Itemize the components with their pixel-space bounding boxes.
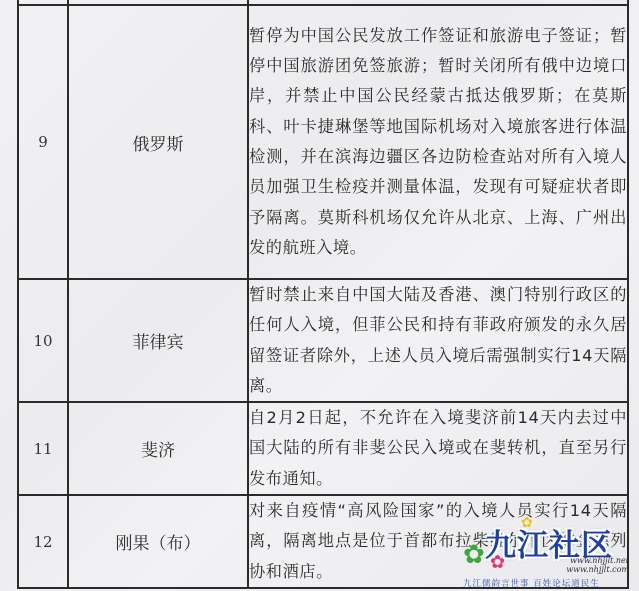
country-name: 刚果（布）: [68, 495, 248, 588]
measure-text: 暂时禁止来自中国大陆及香港、澳门特别行政区的任何人入境，但菲公民和持有菲政府颁发…: [249, 280, 627, 401]
country-name: 俄罗斯: [68, 5, 248, 279]
row-index: 9: [18, 5, 68, 279]
table-row: 12 刚果（布） 对来自疫情“高风险国家”的入境人员实行14天隔离，隔离地点是位…: [18, 495, 628, 588]
table-row: 10 菲律宾 暂时禁止来自中国大陆及香港、澳门特别行政区的任何人入境，但菲公民和…: [18, 279, 628, 402]
document-page: 9 俄罗斯 暂停为中国公民发放工作签证和旅游电子签证；暂停中国旅游团免签旅游；暂…: [0, 0, 639, 591]
row-index: 11: [18, 402, 68, 495]
row-index: 12: [18, 495, 68, 588]
table-row: 9 俄罗斯 暂停为中国公民发放工作签证和旅游电子签证；暂停中国旅游团免签旅游；暂…: [18, 5, 628, 279]
row-index: 10: [18, 279, 68, 402]
measure-text: 对来自疫情“高风险国家”的入境人员实行14天隔离，隔离地点是位于首都布拉柴维尔市…: [249, 496, 627, 587]
country-name: 菲律宾: [68, 279, 248, 402]
measure-cell: 暂停为中国公民发放工作签证和旅游电子签证；暂停中国旅游团免签旅游；暂时关闭所有俄…: [248, 5, 628, 279]
table-row: 11 斐济 自2月2日起，不允许在入境斐济前14天内去过中国大陆的所有非斐公民入…: [18, 402, 628, 495]
country-name: 斐济: [68, 402, 248, 495]
measure-cell: 对来自疫情“高风险国家”的入境人员实行14天隔离，隔离地点是位于首都布拉柴维尔市…: [248, 495, 628, 588]
measure-text: 自2月2日起，不允许在入境斐济前14天内去过中国大陆的所有非斐公民入境或在斐转机…: [249, 403, 627, 494]
measure-cell: 暂时禁止来自中国大陆及香港、澳门特别行政区的任何人入境，但菲公民和持有菲政府颁发…: [248, 279, 628, 402]
travel-restrictions-table: 9 俄罗斯 暂停为中国公民发放工作签证和旅游电子签证；暂停中国旅游团免签旅游；暂…: [17, 0, 629, 589]
measure-text: 暂停为中国公民发放工作签证和旅游电子签证；暂停中国旅游团免签旅游；暂时关闭所有俄…: [249, 21, 627, 263]
measure-cell: 自2月2日起，不允许在入境斐济前14天内去过中国大陆的所有非斐公民入境或在斐转机…: [248, 402, 628, 495]
